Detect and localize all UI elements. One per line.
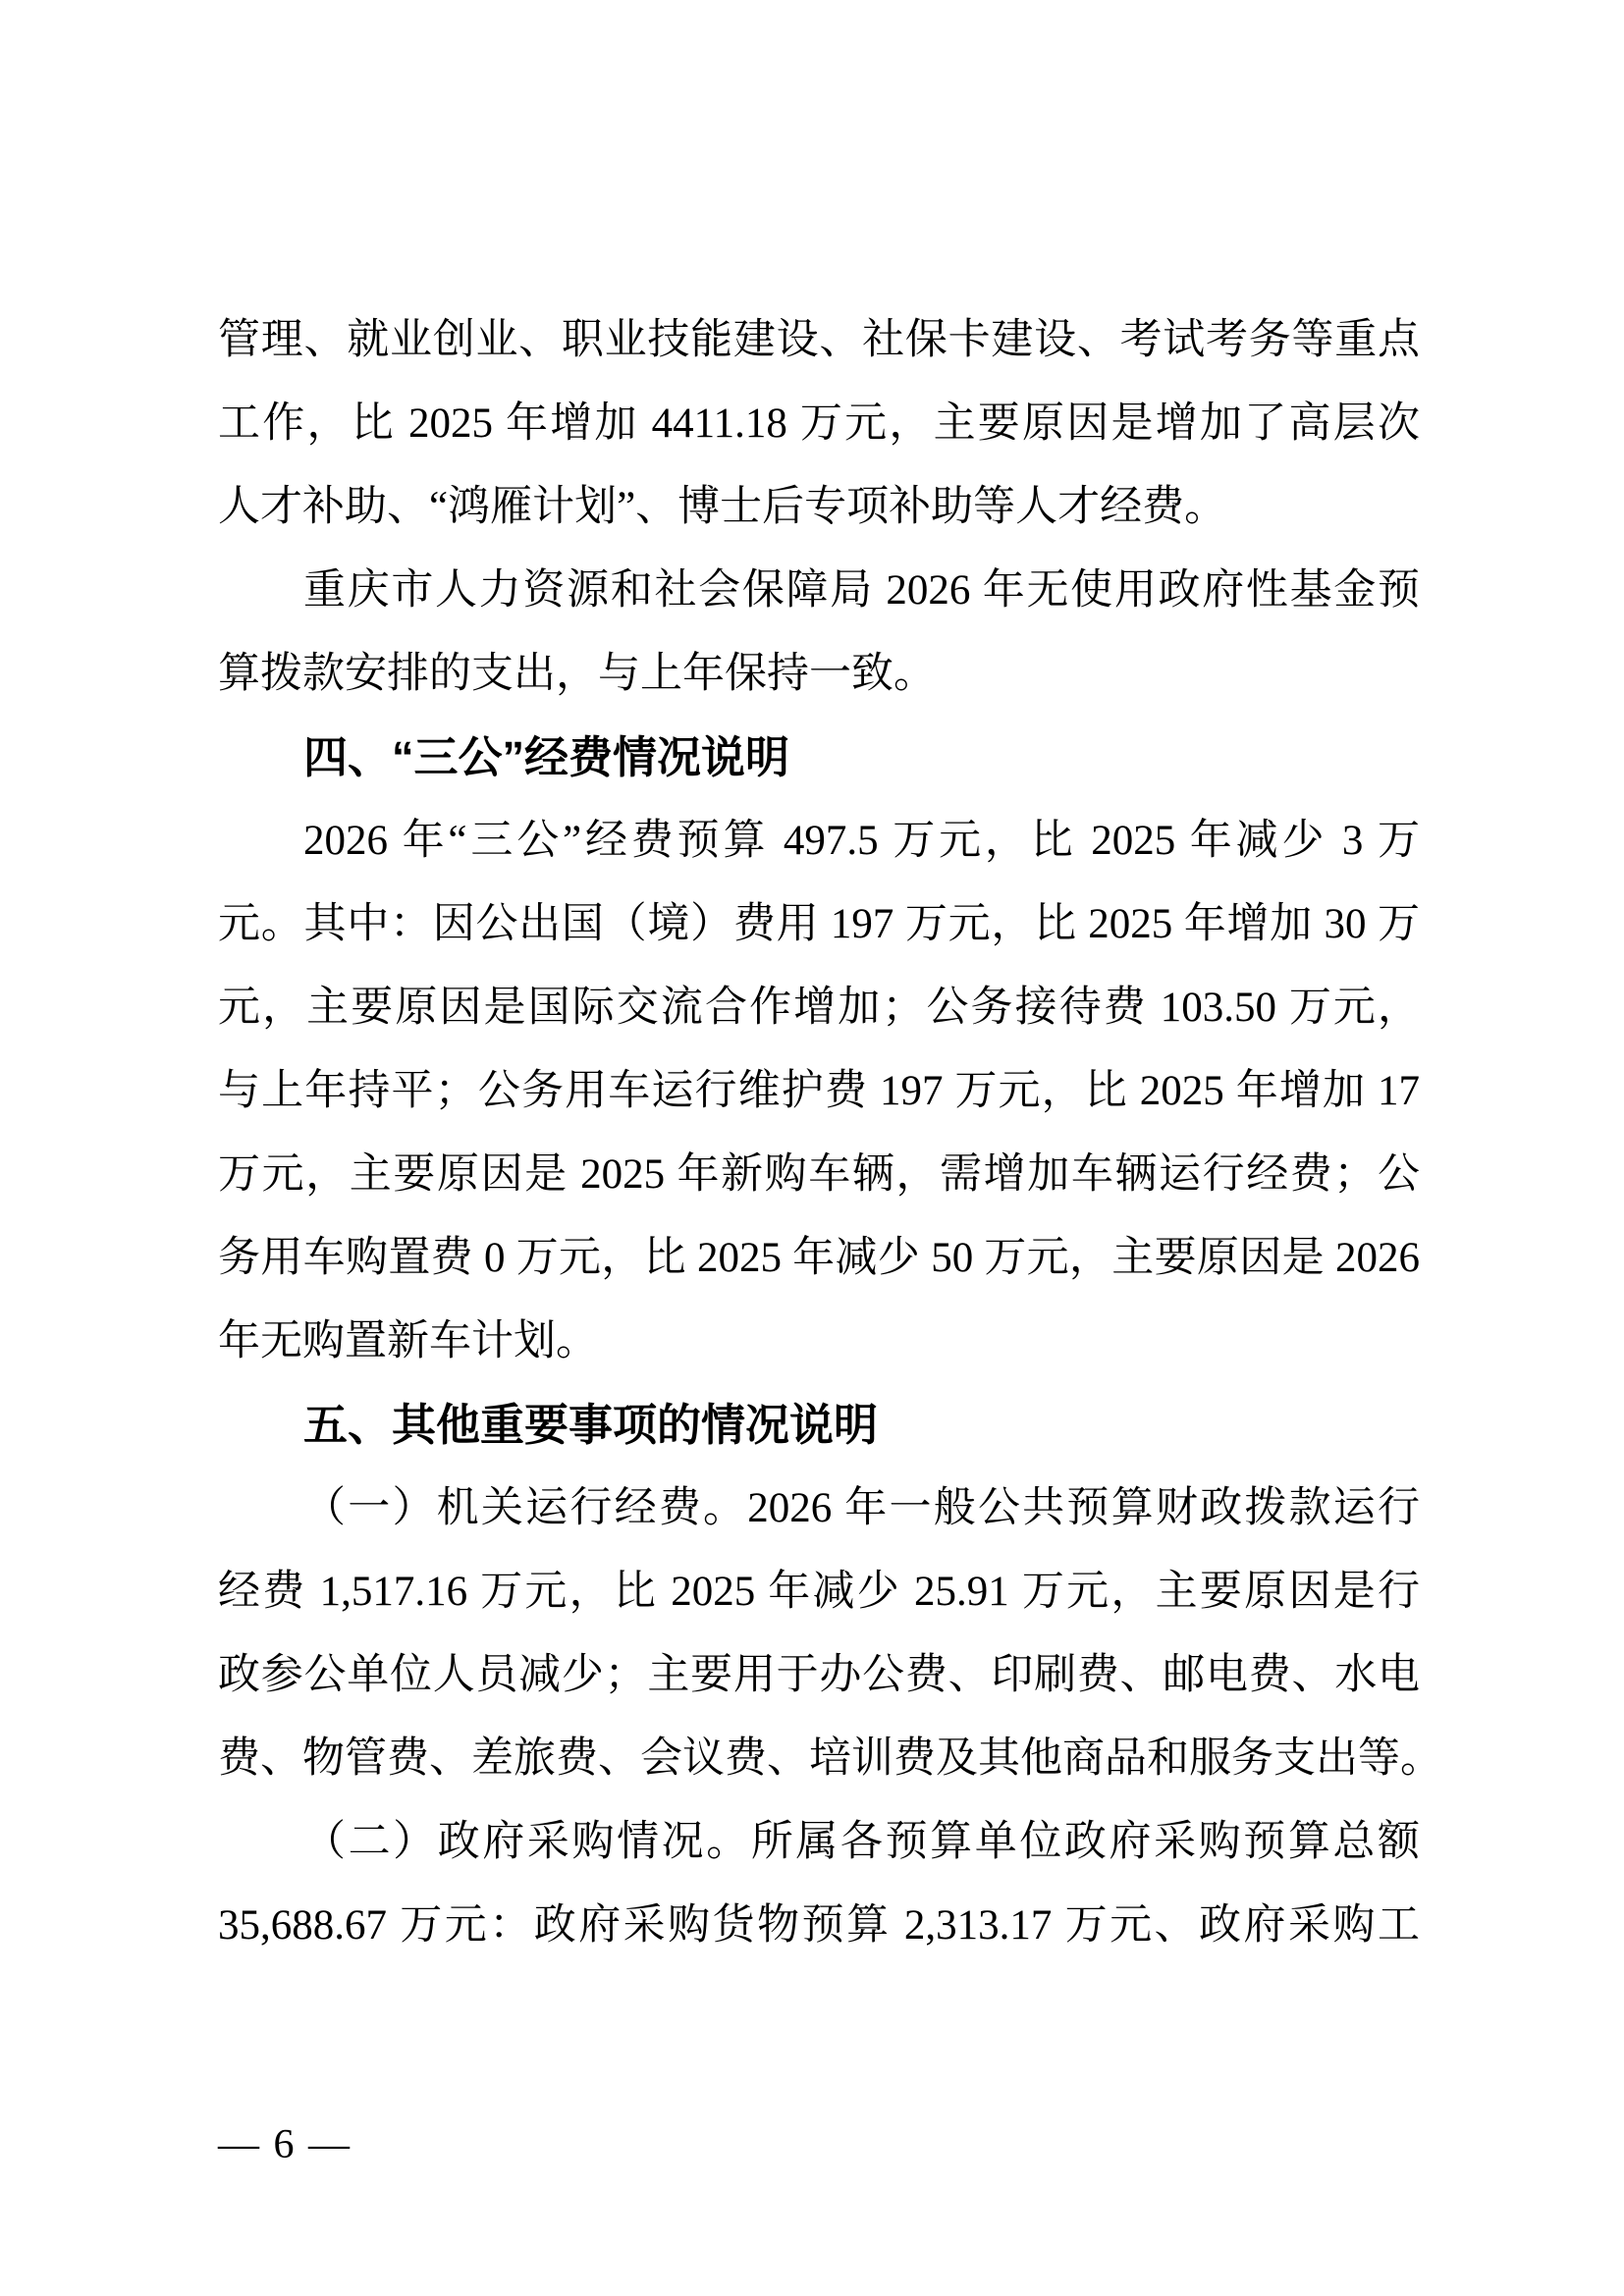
document-page: 管理、就业创业、职业技能建设、社保卡建设、考试考务等重点 工作，比 2025 年…: [0, 0, 1624, 2296]
page-number: — 6 —: [218, 2115, 352, 2174]
body-text-line: 重庆市人力资源和社会保障局 2026 年无使用政府性基金预: [218, 549, 1420, 632]
body-text-line: （一）机关运行经费。2026 年一般公共预算财政拨款运行: [218, 1467, 1420, 1550]
body-text-line: 元，主要原因是国际交流合作增加；公务接待费 103.50 万元，: [218, 966, 1420, 1049]
body-text-line: 与上年持平；公务用车运行维护费 197 万元，比 2025 年增加 17: [218, 1049, 1420, 1133]
body-text-line: 工作，比 2025 年增加 4411.18 万元，主要原因是增加了高层次: [218, 382, 1420, 465]
body-text-line: 35,688.67 万元：政府采购货物预算 2,313.17 万元、政府采购工: [218, 1884, 1420, 1967]
body-text-line: 2026 年“三公”经费预算 497.5 万元，比 2025 年减少 3 万: [218, 799, 1420, 882]
body-text-line: 人才补助、“鸿雁计划”、博士后专项补助等人才经费。: [218, 465, 1420, 549]
body-text-line: 万元，主要原因是 2025 年新购车辆，需增加车辆运行经费；公: [218, 1133, 1420, 1216]
body-text-line: 算拨款安排的支出，与上年保持一致。: [218, 632, 1420, 716]
body-text-line: 务用车购置费 0 万元，比 2025 年减少 50 万元，主要原因是 2026: [218, 1216, 1420, 1300]
body-text-line: 政参公单位人员减少；主要用于办公费、印刷费、邮电费、水电: [218, 1633, 1420, 1717]
document-body: 管理、就业创业、职业技能建设、社保卡建设、考试考务等重点 工作，比 2025 年…: [218, 298, 1420, 1967]
body-text-line: 年无购置新车计划。: [218, 1300, 1420, 1383]
section-heading-five: 五、其他重要事项的情况说明: [218, 1383, 1420, 1467]
body-text-line: 管理、就业创业、职业技能建设、社保卡建设、考试考务等重点: [218, 298, 1420, 382]
body-text-line: （二）政府采购情况。所属各预算单位政府采购预算总额: [218, 1800, 1420, 1884]
section-heading-four: 四、“三公”经费情况说明: [218, 716, 1420, 799]
body-text-line: 费、物管费、差旅费、会议费、培训费及其他商品和服务支出等。: [218, 1717, 1420, 1800]
body-text-line: 元。其中：因公出国（境）费用 197 万元，比 2025 年增加 30 万: [218, 882, 1420, 966]
body-text-line: 经费 1,517.16 万元，比 2025 年减少 25.91 万元，主要原因是…: [218, 1550, 1420, 1633]
